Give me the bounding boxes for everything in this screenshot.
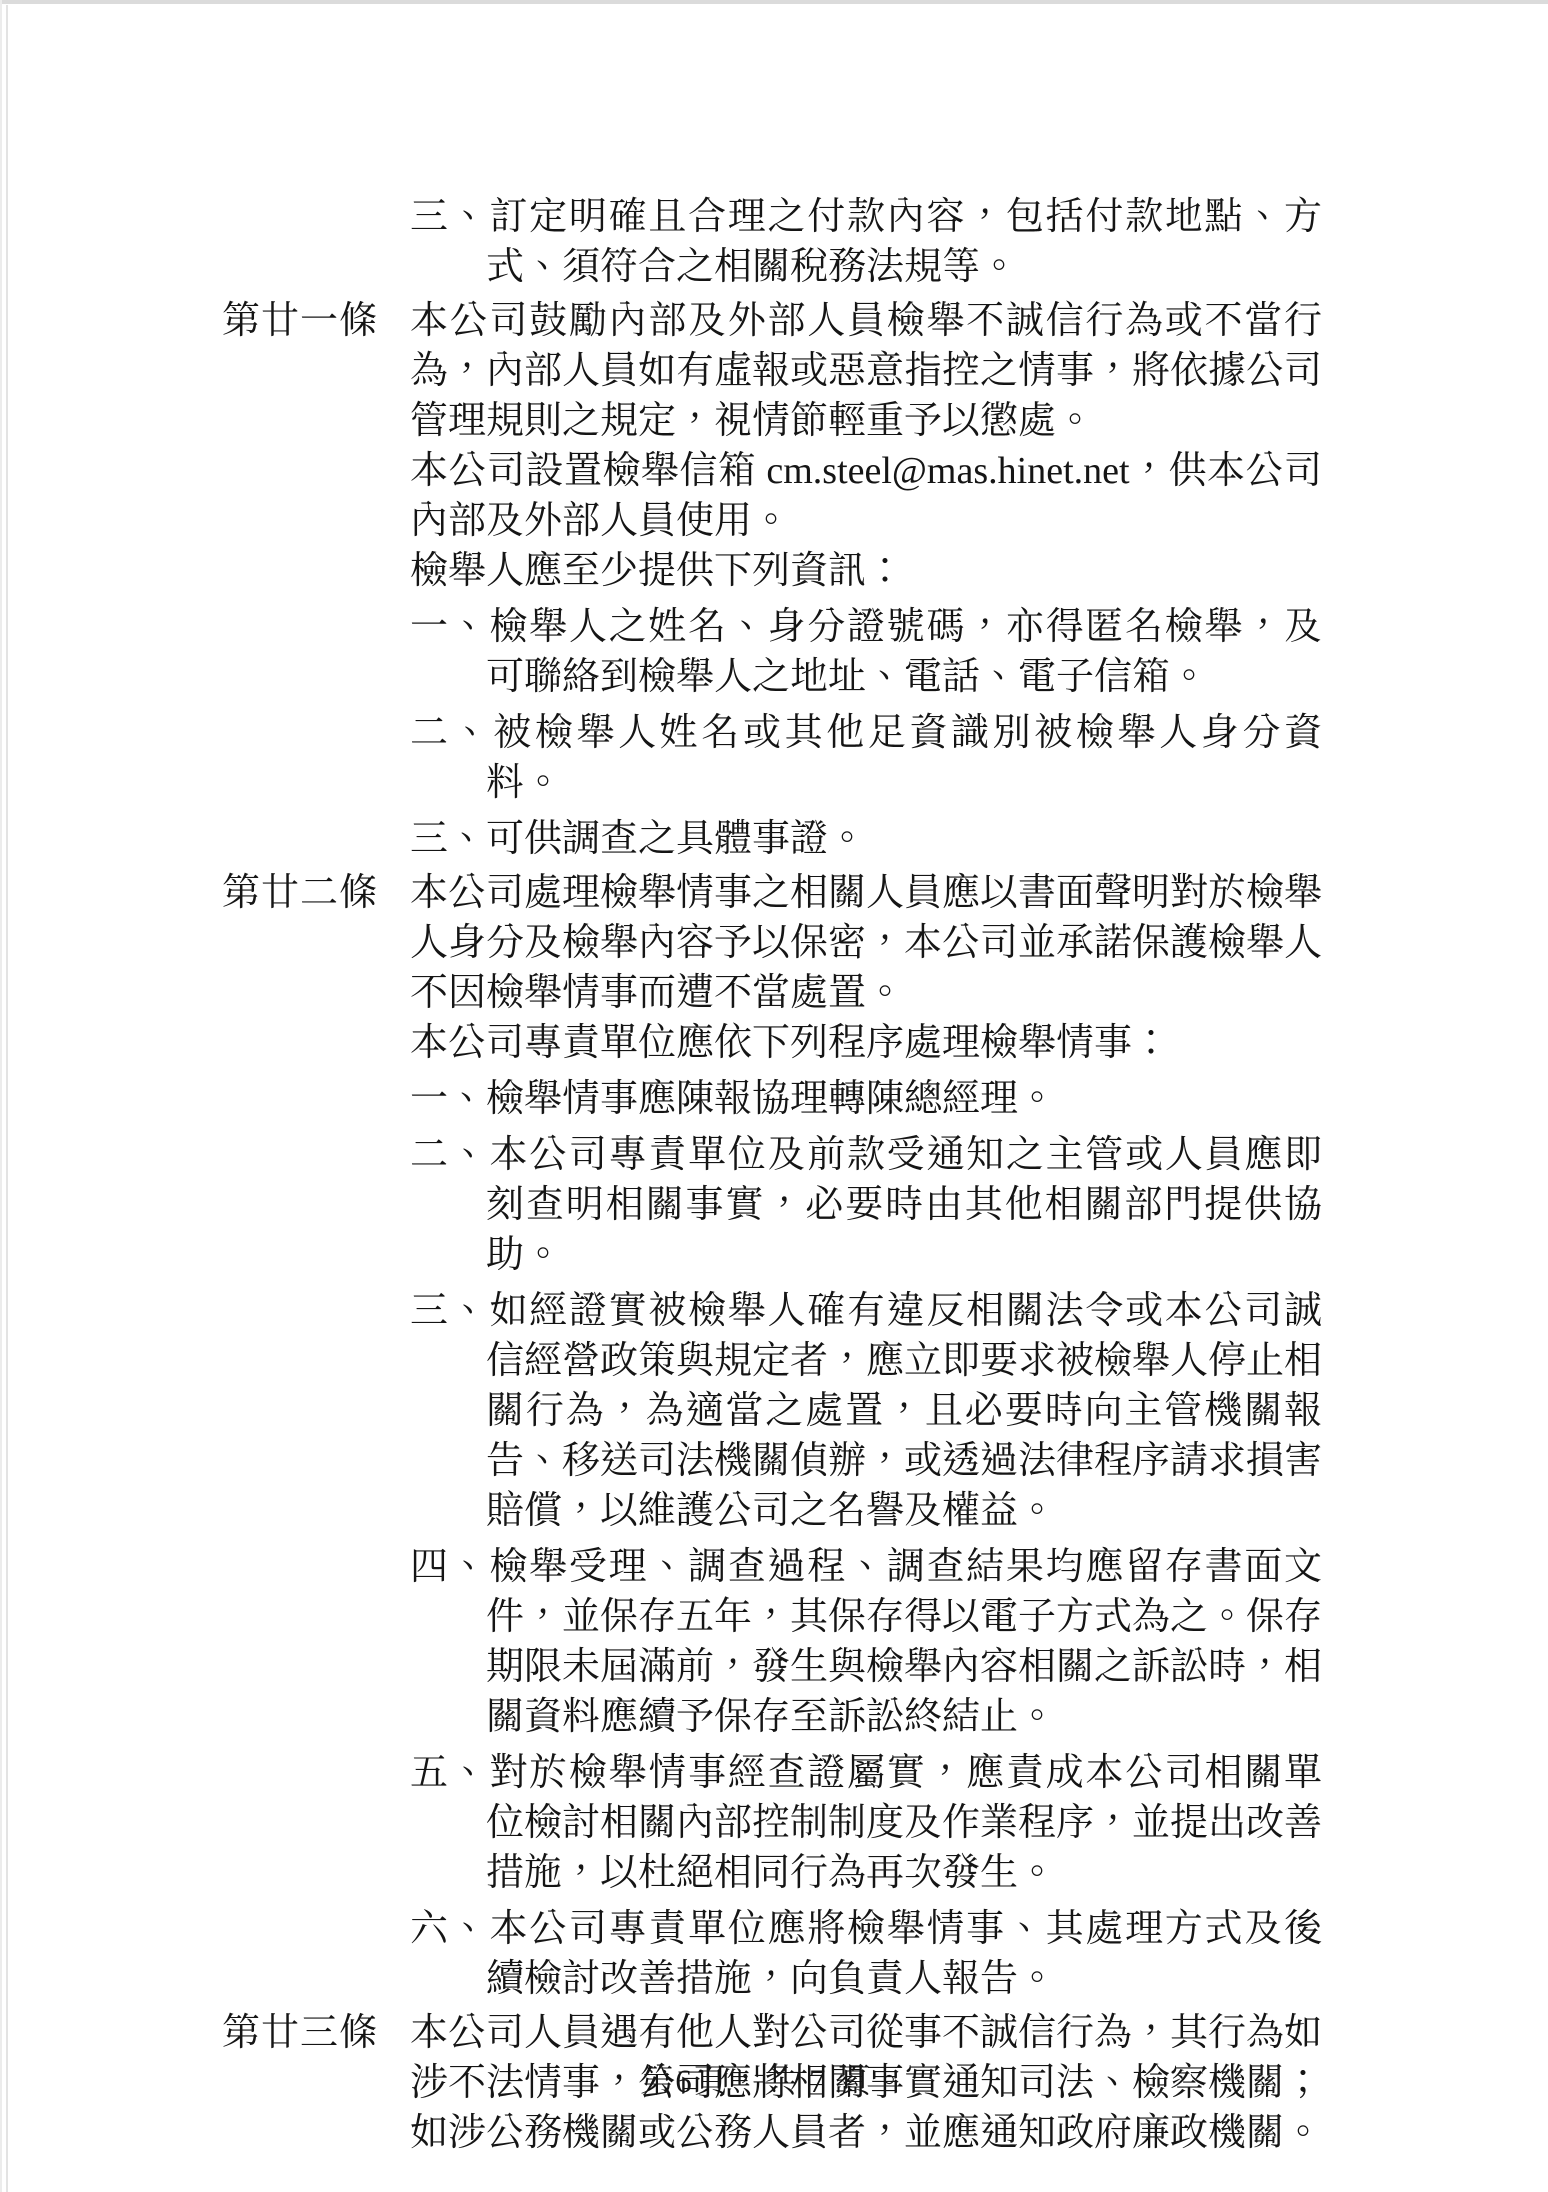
article-paragraph: 檢舉人應至少提供下列資訊： — [410, 546, 1322, 596]
list-item-text: 檢舉情事應陳報協理轉陳總經理。 — [486, 1078, 1056, 1120]
list-item-number: 一、 — [410, 606, 489, 648]
article-21: 第廿一條 本公司鼓勵內部及外部人員檢舉不誠信行為或不當行為，內部人員如有虛報或惡… — [222, 296, 1327, 864]
list-item-number: 四、 — [410, 1546, 489, 1588]
list-item-number: 三、 — [410, 196, 489, 238]
article-paragraph: 本公司專責單位應依下列程序處理檢舉情事： — [410, 1018, 1322, 1068]
document-body: 三、訂定明確且合理之付款內容，包括付款地點、方式、須符合之相關稅務法規等。 第廿… — [222, 192, 1327, 2158]
list-item: 二、被檢舉人姓名或其他足資識別被檢舉人身分資料。 — [410, 708, 1322, 808]
list-item-text: 本公司專責單位應將檢舉情事、其處理方式及後續檢討改善措施，向負責人報告。 — [486, 1908, 1322, 2000]
scan-edge-top — [0, 0, 1548, 4]
article-number: 第廿二條 — [222, 868, 410, 2004]
list-item: 六、本公司專責單位應將檢舉情事、其處理方式及後續檢討改善措施，向負責人報告。 — [410, 1904, 1322, 2004]
list-item-text: 如經證實被檢舉人確有違反相關法令或本公司誠信經營政策與規定者，應立即要求被檢舉人… — [486, 1290, 1322, 1532]
list-item-number: 一、 — [410, 1078, 486, 1120]
list-item-number: 六、 — [410, 1908, 489, 1950]
scan-edge-left-inner — [6, 5, 8, 2192]
article-paragraph: 本公司處理檢舉情事之相關人員應以書面聲明對於檢舉人身分及檢舉內容予以保密，本公司… — [410, 868, 1322, 1018]
list-item: 一、檢舉人之姓名、身分證號碼，亦得匿名檢舉，及可聯絡到檢舉人之地址、電話、電子信… — [410, 602, 1322, 702]
list-item-text: 被檢舉人姓名或其他足資識別被檢舉人身分資料。 — [486, 712, 1322, 804]
list-item: 一、檢舉情事應陳報協理轉陳總經理。 — [410, 1074, 1322, 1124]
list-item-text: 訂定明確且合理之付款內容，包括付款地點、方式、須符合之相關稅務法規等。 — [486, 196, 1322, 288]
list-item-number: 三、 — [410, 818, 486, 860]
document-page: 三、訂定明確且合理之付款內容，包括付款地點、方式、須符合之相關稅務法規等。 第廿… — [0, 0, 1548, 2192]
list-item-text: 本公司專責單位及前款受通知之主管或人員應即刻查明相關事實，必要時由其他相關部門提… — [486, 1134, 1322, 1276]
list-item-text: 檢舉人之姓名、身分證號碼，亦得匿名檢舉，及可聯絡到檢舉人之地址、電話、電子信箱。 — [486, 606, 1322, 698]
list-item: 三、可供調查之具體事證。 — [410, 814, 1322, 864]
list-item-number: 二、 — [410, 1134, 489, 1176]
list-item-number: 五、 — [410, 1752, 489, 1794]
page-number-footer: 第6頁，共 7 頁。 — [0, 2062, 1548, 2102]
article-number: 第廿一條 — [222, 296, 410, 864]
list-item-number: 三、 — [410, 1290, 489, 1332]
scan-edge-left-outer — [0, 0, 2, 2192]
list-item-text: 對於檢舉情事經查證屬實，應責成本公司相關單位檢討相關內部控制制度及作業程序，並提… — [486, 1752, 1322, 1894]
list-item: 四、檢舉受理、調查過程、調查結果均應留存書面文件，並保存五年，其保存得以電子方式… — [410, 1542, 1322, 1742]
article-paragraph-mailbox: 本公司設置檢舉信箱 cm.steel@mas.hinet.net，供本公司內部及… — [410, 446, 1322, 546]
list-item: 三、如經證實被檢舉人確有違反相關法令或本公司誠信經營政策與規定者，應立即要求被檢… — [410, 1286, 1322, 1536]
continued-item-row: 三、訂定明確且合理之付款內容，包括付款地點、方式、須符合之相關稅務法規等。 — [222, 192, 1327, 292]
list-item-number: 二、 — [410, 712, 493, 754]
list-item-text: 檢舉受理、調查過程、調查結果均應留存書面文件，並保存五年，其保存得以電子方式為之… — [486, 1546, 1322, 1738]
article-22: 第廿二條 本公司處理檢舉情事之相關人員應以書面聲明對於檢舉人身分及檢舉內容予以保… — [222, 868, 1327, 2004]
article-paragraph: 本公司鼓勵內部及外部人員檢舉不誠信行為或不當行為，內部人員如有虛報或惡意指控之情… — [410, 296, 1322, 446]
list-item: 三、訂定明確且合理之付款內容，包括付款地點、方式、須符合之相關稅務法規等。 — [410, 192, 1322, 292]
article-number-empty — [222, 192, 410, 292]
list-item-text: 可供調查之具體事證。 — [486, 818, 866, 860]
list-item: 二、本公司專責單位及前款受通知之主管或人員應即刻查明相關事實，必要時由其他相關部… — [410, 1130, 1322, 1280]
list-item: 五、對於檢舉情事經查證屬實，應責成本公司相關單位檢討相關內部控制制度及作業程序，… — [410, 1748, 1322, 1898]
